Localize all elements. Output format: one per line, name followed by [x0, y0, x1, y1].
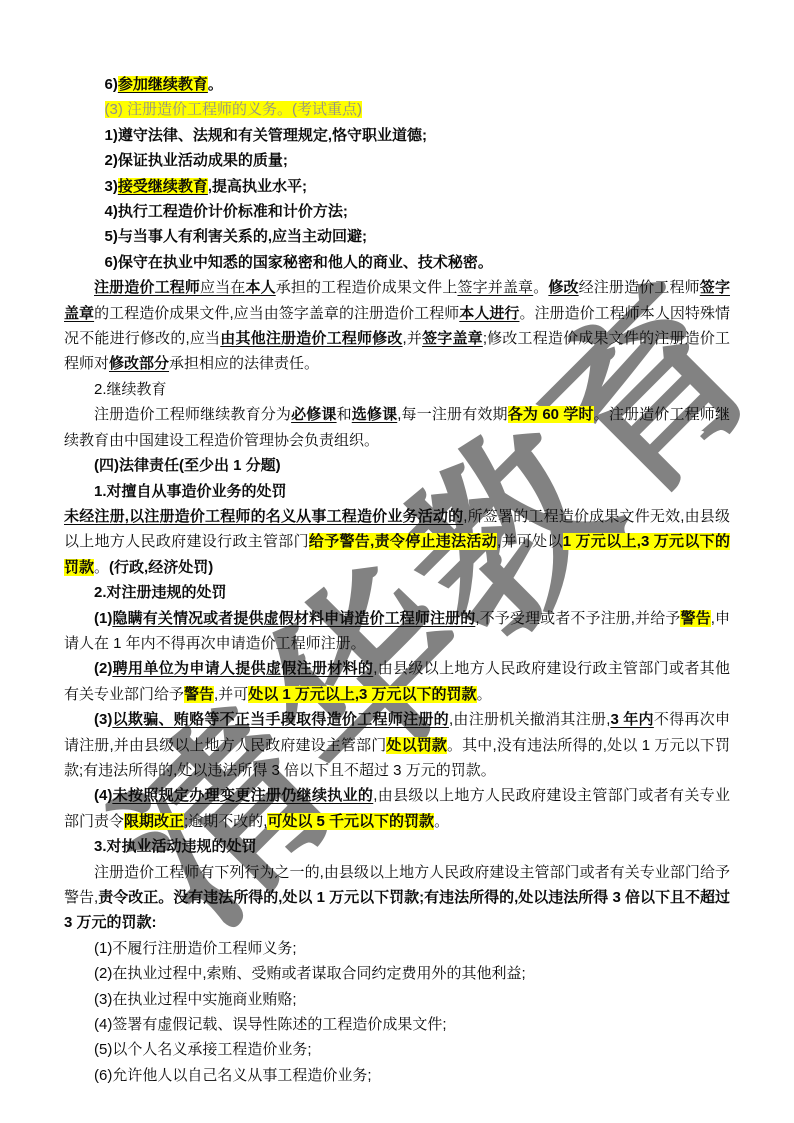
- text-run: 承担相应的法律责任。: [169, 355, 319, 372]
- text-run: ,并: [403, 330, 423, 347]
- text-run: (1): [94, 610, 112, 627]
- text-run: 选修课: [352, 406, 397, 423]
- text-run: (2)在执业过程中,索贿、受贿或者谋取合同约定费用外的其他利益;: [94, 965, 526, 982]
- para-unauthorized-practice: 未经注册,以注册造价工程师的名义从事工程造价业务活动的,所签署的工程造价成果文件…: [64, 504, 730, 580]
- text-run: 。: [533, 279, 548, 296]
- text-run: 的工程造价成果文件,应当由签字盖章的注册造价工程师: [94, 305, 459, 322]
- text-run: 给予警告,责令停止违法活动: [309, 533, 497, 550]
- text-run: 2.对注册违规的处罚: [94, 584, 227, 601]
- para-signature-rules: 注册造价工程师应当在本人承担的工程造价成果文件上签字并盖章。修改经注册造价工程师…: [64, 275, 730, 377]
- para-registration-violation-2: (2)聘用单位为申请人提供虚假注册材料的,由县级以上地方人民政府建设行政主管部门…: [64, 656, 730, 707]
- obligation-item-2: 2)保证执业活动成果的质量;: [64, 148, 730, 173]
- text-run: 应当在: [200, 279, 245, 296]
- text-run: 。: [477, 686, 492, 703]
- text-run: ;逾期不改的,: [184, 813, 267, 830]
- text-run: 必修课: [291, 406, 336, 423]
- practice-item-4: (4)签署有虚假记载、误导性陈述的工程造价成果文件;: [64, 1012, 730, 1037]
- text-run: 2.继续教育: [94, 381, 167, 398]
- text-run: 由其他注册造价工程师修改: [220, 330, 402, 347]
- text-run: 聘用单位为申请人提供虚假注册材料的: [112, 660, 373, 677]
- para-practice-violation-intro: 注册造价工程师有下列行为之一的,由县级以上地方人民政府建设主管部门或者有关专业部…: [64, 860, 730, 936]
- text-run: 。: [434, 813, 449, 830]
- text-run: 修改部分: [109, 355, 169, 372]
- practice-item-6: (6)允许他人以自己名义从事工程造价业务;: [64, 1063, 730, 1088]
- text-run: 本人进行: [459, 305, 519, 322]
- text-run: 警告: [184, 686, 214, 703]
- text-run: 注册造价工程师: [94, 279, 200, 296]
- text-run: 。: [208, 76, 223, 93]
- text-run: 6): [105, 76, 118, 93]
- text-run: 责令改正。没有违法所得的,处以 1 万元以下罚款;有违法所得的,处以违法所得 3…: [64, 889, 730, 931]
- text-run: (3): [94, 711, 112, 728]
- text-run: 未按照规定办理变更注册仍继续执业的: [112, 787, 373, 804]
- text-run: ,并可: [214, 686, 248, 703]
- text-run: 3 年内: [610, 711, 653, 728]
- heading-practice-violation: 3.对执业活动违规的处罚: [64, 834, 730, 859]
- text-run: 承担的工程造价成果文件上: [276, 279, 458, 296]
- text-run: 经注册造价工程师: [579, 279, 700, 296]
- text-run: 1)遵守法律、法规和有关管理规定,恪守职业道德;: [105, 127, 428, 144]
- heading-registration-violation: 2.对注册违规的处罚: [64, 580, 730, 605]
- text-run: 接受继续教育: [118, 178, 208, 195]
- obligation-item-3: 3)接受继续教育,提高执业水平;: [64, 174, 730, 199]
- text-run: 修改: [548, 279, 578, 296]
- text-run: (行政,经济处罚): [109, 559, 213, 576]
- text-run: 注册造价工程师继续教育分为: [94, 406, 291, 423]
- text-run: 未经注册,以注册造价工程师的名义从事工程造价业务活动的: [64, 508, 463, 525]
- practice-item-5: (5)以个人名义承接工程造价业务;: [64, 1037, 730, 1062]
- para-registration-violation-1: (1)隐瞒有关情况或者提供虚假材料申请造价工程师注册的,不予受理或者不予注册,并…: [64, 606, 730, 657]
- text-run: 本人: [245, 279, 275, 296]
- obligation-item-5: 5)与当事人有利害关系的,应当主动回避;: [64, 224, 730, 249]
- obligation-item-6: 6)保守在执业中知悉的国家秘密和他人的商业、技术秘密。: [64, 250, 730, 275]
- heading-obligations: (3) 注册造价工程师的义务。(考试重点): [64, 97, 730, 122]
- text-run: 处以罚款: [386, 737, 447, 754]
- text-run: 参加继续教育: [118, 76, 208, 93]
- text-run: 1.对擅自从事造价业务的处罚: [94, 483, 287, 500]
- text-run: (6)允许他人以自己名义从事工程造价业务;: [94, 1067, 372, 1084]
- text-run: 签字并盖章: [457, 279, 533, 296]
- text-run: (4)签署有虚假记载、误导性陈述的工程造价成果文件;: [94, 1016, 447, 1033]
- text-run: (3) 注册造价工程师的义务。(考试重点): [105, 101, 363, 118]
- text-run: (5)以个人名义承接工程造价业务;: [94, 1041, 312, 1058]
- text-run: ,提高执业水平;: [208, 178, 307, 195]
- text-run: ,每一注册有效期: [397, 406, 507, 423]
- text-run: 警告: [680, 610, 710, 627]
- text-run: 。: [94, 559, 109, 576]
- text-run: 以欺骗、贿赂等不正当手段取得造价工程师注册的: [112, 711, 449, 728]
- text-run: 可处以 5 千元以下的罚款: [267, 813, 434, 830]
- obligation-item-4: 4)执行工程造价计价标准和计价方法;: [64, 199, 730, 224]
- heading-legal-liability: (四)法律责任(至少出 1 分题): [64, 453, 730, 478]
- text-run: 2)保证执业活动成果的质量;: [105, 152, 288, 169]
- text-run: 处以 1 万元以上,3 万元以下的罚款: [248, 686, 476, 703]
- text-run: 4)执行工程造价计价标准和计价方法;: [105, 203, 348, 220]
- text-run: 和: [337, 406, 352, 423]
- para-registration-violation-4: (4)未按照规定办理变更注册仍继续执业的,由县级以上地方人民政府建设主管部门或者…: [64, 783, 730, 834]
- heading-continuing-education: 2.继续教育: [64, 377, 730, 402]
- line-participate-education: 6)参加继续教育。: [64, 72, 730, 97]
- text-run: ,并可处以: [497, 533, 563, 550]
- text-run: (四)法律责任(至少出 1 分题): [94, 457, 281, 474]
- heading-unauthorized-practice: 1.对擅自从事造价业务的处罚: [64, 479, 730, 504]
- text-run: 限期改正: [124, 813, 184, 830]
- para-registration-violation-3: (3)以欺骗、贿赂等不正当手段取得造价工程师注册的,由注册机关撤消其注册,3 年…: [64, 707, 730, 783]
- practice-item-1: (1)不履行注册造价工程师义务;: [64, 936, 730, 961]
- text-run: 3): [105, 178, 118, 195]
- practice-item-2: (2)在执业过程中,索贿、受贿或者谋取合同约定费用外的其他利益;: [64, 961, 730, 986]
- text-run: ,由注册机关撤消其注册,: [449, 711, 611, 728]
- text-run: 3.对执业活动违规的处罚: [94, 838, 257, 855]
- document-content: 6)参加继续教育。(3) 注册造价工程师的义务。(考试重点)1)遵守法律、法规和…: [0, 0, 794, 1088]
- text-run: 各为 60 学时: [508, 406, 594, 423]
- obligation-item-1: 1)遵守法律、法规和有关管理规定,恪守职业道德;: [64, 123, 730, 148]
- para-continuing-education: 注册造价工程师继续教育分为必修课和选修课,每一注册有效期各为 60 学时。注册造…: [64, 402, 730, 453]
- text-run: 签字盖章: [422, 330, 483, 347]
- text-run: (3)在执业过程中实施商业贿赂;: [94, 991, 297, 1008]
- text-run: 5)与当事人有利害关系的,应当主动回避;: [105, 228, 368, 245]
- text-run: 隐瞒有关情况或者提供虚假材料申请造价工程师注册的: [112, 610, 475, 627]
- text-run: ,不予受理或者不予注册,并给予: [475, 610, 680, 627]
- text-run: (4): [94, 787, 112, 804]
- text-run: (2): [94, 660, 112, 677]
- document-page: 清华教育 6)参加继续教育。(3) 注册造价工程师的义务。(考试重点)1)遵守法…: [0, 0, 794, 1123]
- text-run: 6)保守在执业中知悉的国家秘密和他人的商业、技术秘密。: [105, 254, 493, 271]
- practice-item-3: (3)在执业过程中实施商业贿赂;: [64, 987, 730, 1012]
- text-run: (1)不履行注册造价工程师义务;: [94, 940, 297, 957]
